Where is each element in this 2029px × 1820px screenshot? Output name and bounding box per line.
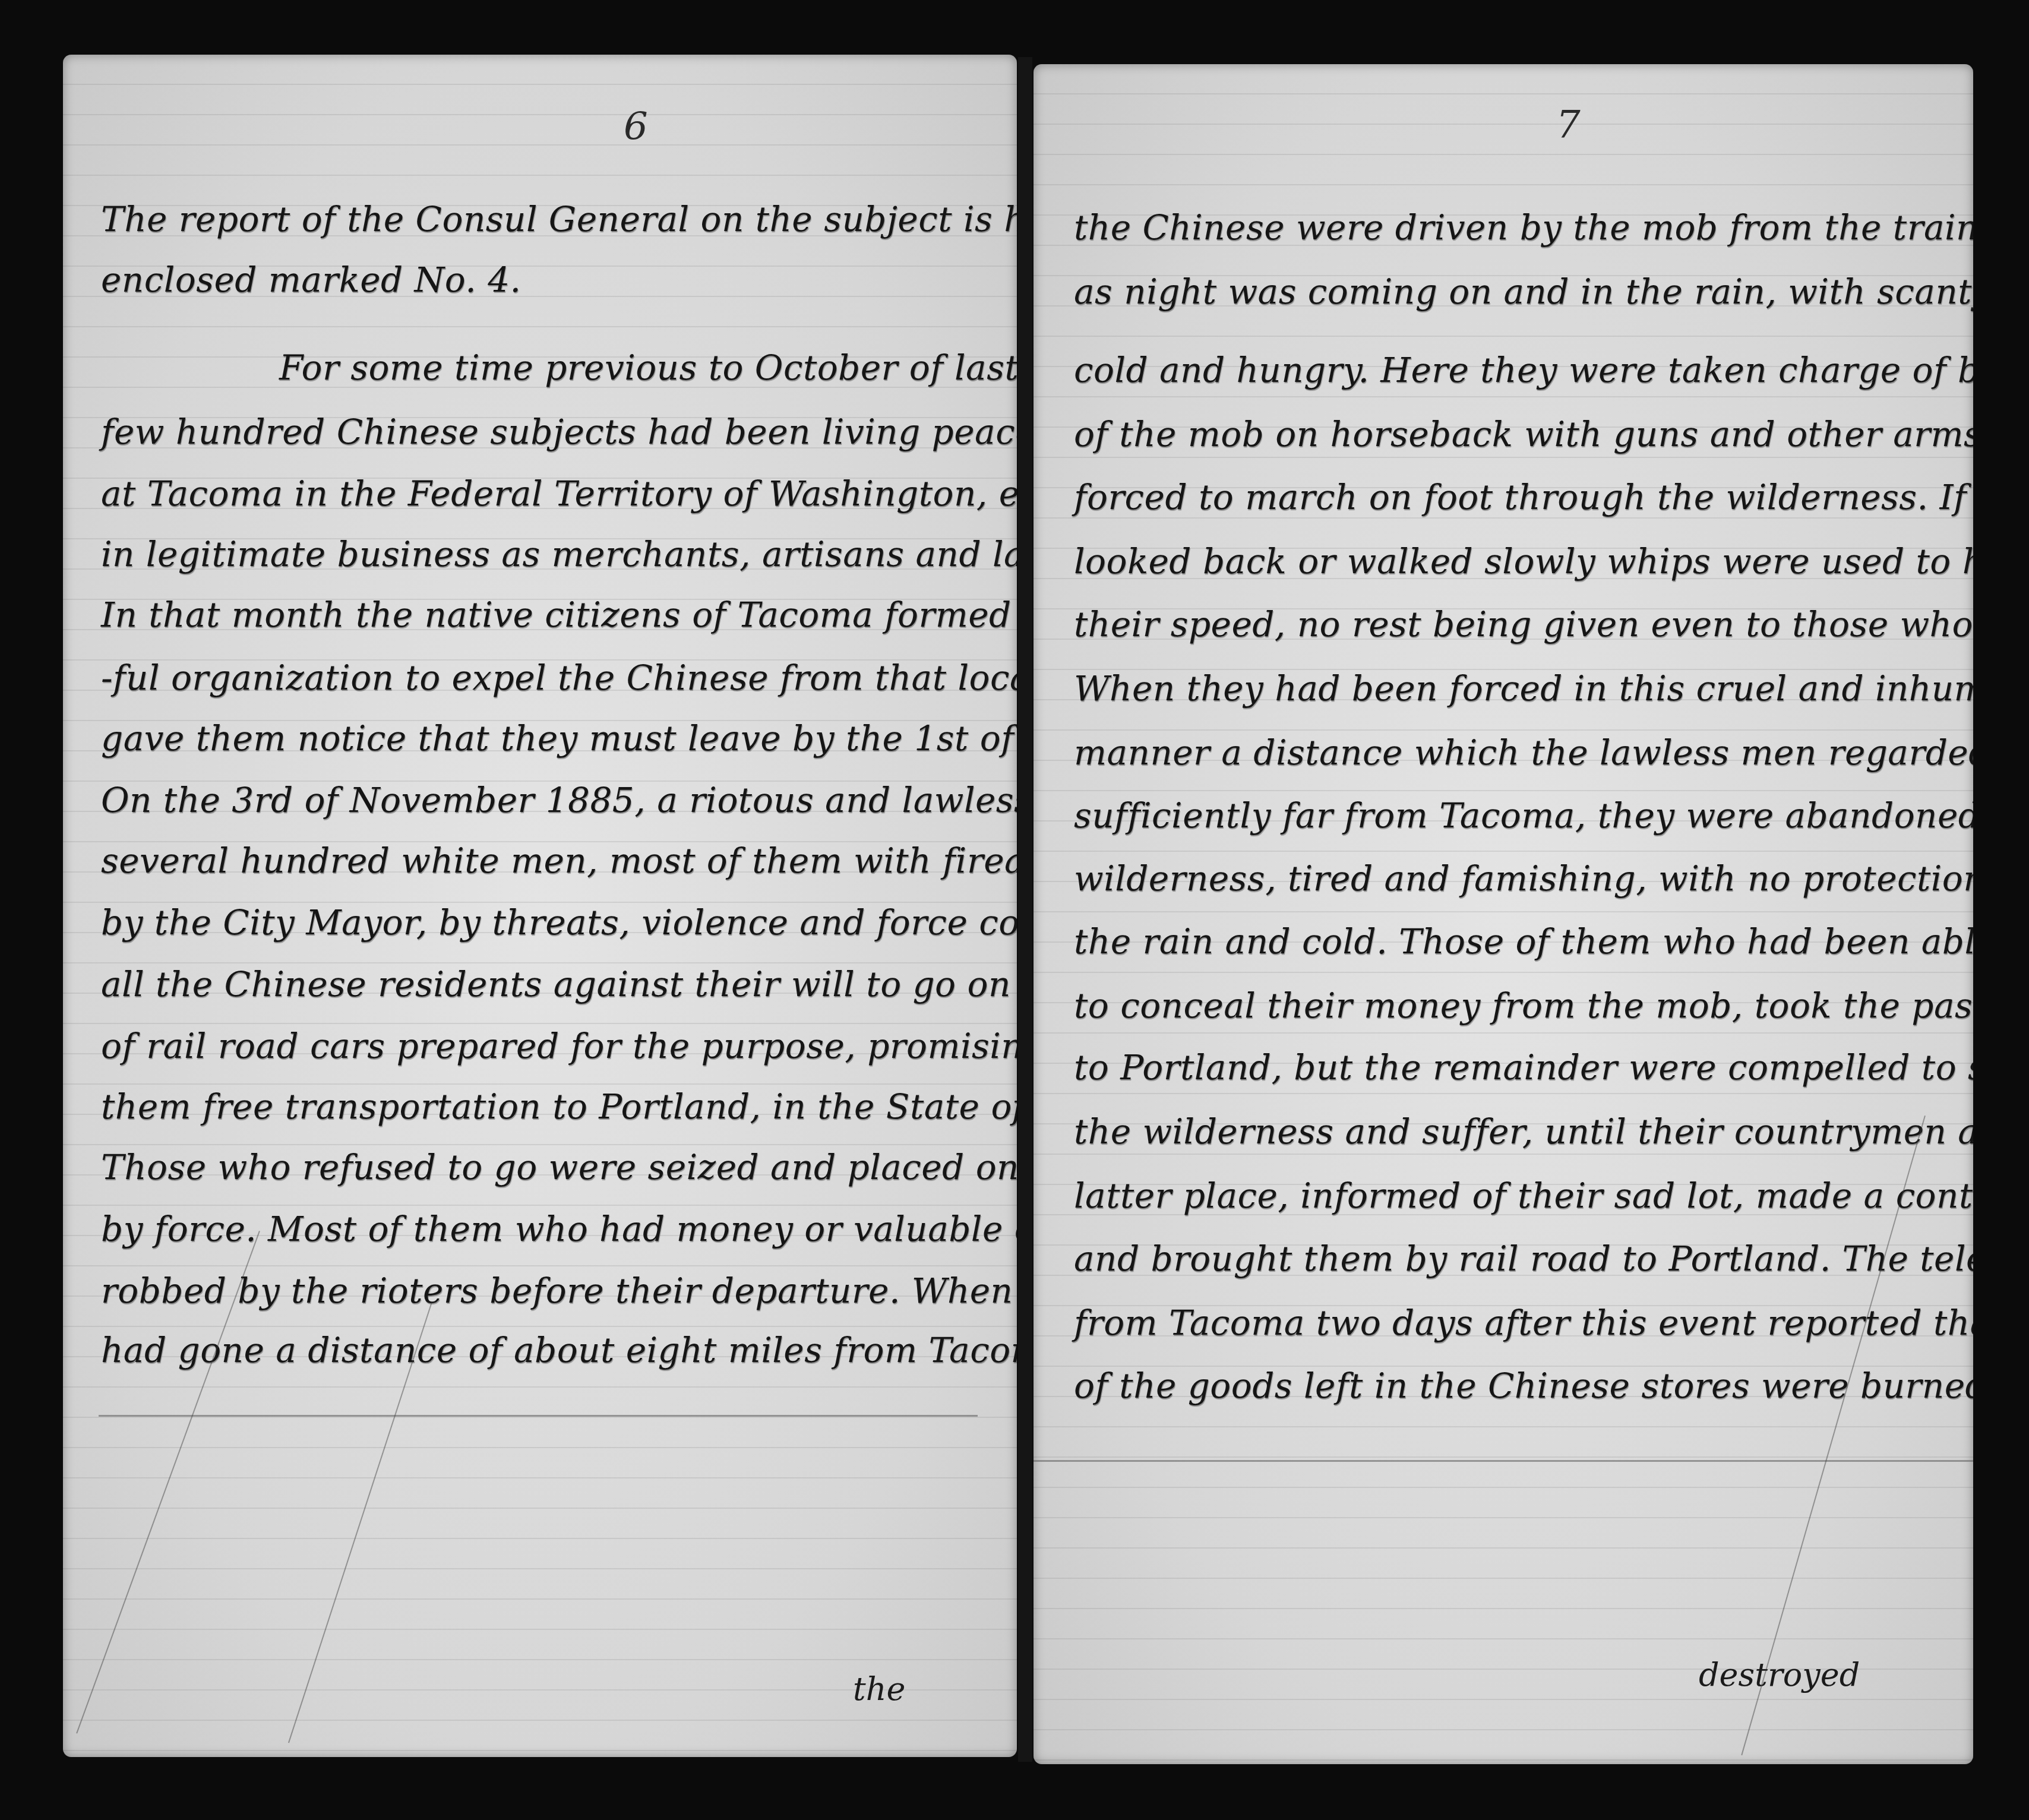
left-line-4: few hundred Chinese subjects had been li… <box>101 415 980 449</box>
right-line-10: sufficiently far from Tacoma, they were … <box>1074 798 1947 833</box>
left-line-5: at Tacoma in the Federal Territory of Wa… <box>101 476 980 511</box>
left-line-15: them free transportation to Portland, in… <box>101 1089 980 1124</box>
right-line-13: to conceal their money from the mob, too… <box>1074 988 1947 1023</box>
right-line-16: latter place, informed of their sad lot,… <box>1074 1178 1947 1213</box>
left-line-2: enclosed marked No. 4. <box>101 263 980 297</box>
left-line-13: all the Chinese residents against their … <box>101 967 980 1001</box>
left-page: 6 The report of the Consul General on th… <box>63 55 1017 1757</box>
right-line-14: to Portland, but the remainder were comp… <box>1074 1050 1947 1085</box>
right-line-18: from Tacoma two days after this event re… <box>1074 1306 1947 1340</box>
left-line-7: In that month the native citizens of Tac… <box>101 598 980 632</box>
right-line-7: their speed, no rest being given even to… <box>1074 607 1947 642</box>
microfilm-frame: 6 The report of the Consul General on th… <box>0 0 2029 1820</box>
right-line-6: looked back or walked slowly whips were … <box>1074 544 1947 579</box>
page-number-left: 6 <box>624 108 648 146</box>
left-line-1: The report of the Consul General on the … <box>101 202 980 236</box>
page-number-right: 7 <box>1556 106 1581 144</box>
end-rule <box>1034 1460 1973 1462</box>
end-rule <box>99 1415 978 1417</box>
left-line-6: in legitimate business as merchants, art… <box>101 537 980 571</box>
left-line-12: by the City Mayor, by threats, violence … <box>101 905 980 940</box>
page-gutter <box>1018 57 1032 1762</box>
left-line-16: Those who refused to go were seized and … <box>101 1150 980 1184</box>
left-line-10: On the 3rd of November 1885, a riotous a… <box>101 783 980 817</box>
right-line-19: of the goods left in the Chinese stores … <box>1074 1369 1947 1403</box>
left-line-19: had gone a distance of about eight miles… <box>101 1333 980 1367</box>
right-line-3: cold and hungry. Here they were taken ch… <box>1074 353 1947 387</box>
left-line-3: For some time previous to October of las… <box>101 350 1017 385</box>
catchword-left: the <box>853 1673 905 1705</box>
right-line-15: the wilderness and suffer, until their c… <box>1074 1114 1947 1149</box>
left-line-9: gave them notice that they must leave by… <box>101 721 980 756</box>
left-line-11: several hundred white men, most of them … <box>101 843 980 878</box>
right-line-9: manner a distance which the lawless men … <box>1074 735 1947 770</box>
left-line-8: -ful organization to expel the Chinese f… <box>101 661 980 695</box>
right-line-12: the rain and cold. Those of them who had… <box>1074 924 1947 959</box>
left-line-17: by force. Most of them who had money or … <box>101 1212 980 1246</box>
right-line-2: as night was coming on and in the rain, … <box>1074 274 1947 309</box>
right-line-5: forced to march on foot through the wild… <box>1074 480 1947 514</box>
catchword-right: destroyed <box>1699 1659 1860 1691</box>
right-line-8: When they had been forced in this cruel … <box>1074 671 1947 706</box>
right-line-17: and brought them by rail road to Portlan… <box>1074 1241 1947 1276</box>
right-line-1: the Chinese were driven by the mob from … <box>1074 210 1947 245</box>
left-line-14: of rail road cars prepared for the purpo… <box>101 1029 980 1063</box>
right-line-4: of the mob on horseback with guns and ot… <box>1074 417 1947 451</box>
right-page: 7 the Chinese were driven by the mob fro… <box>1034 64 1973 1764</box>
right-line-11: wilderness, tired and famishing, with no… <box>1074 861 1947 896</box>
